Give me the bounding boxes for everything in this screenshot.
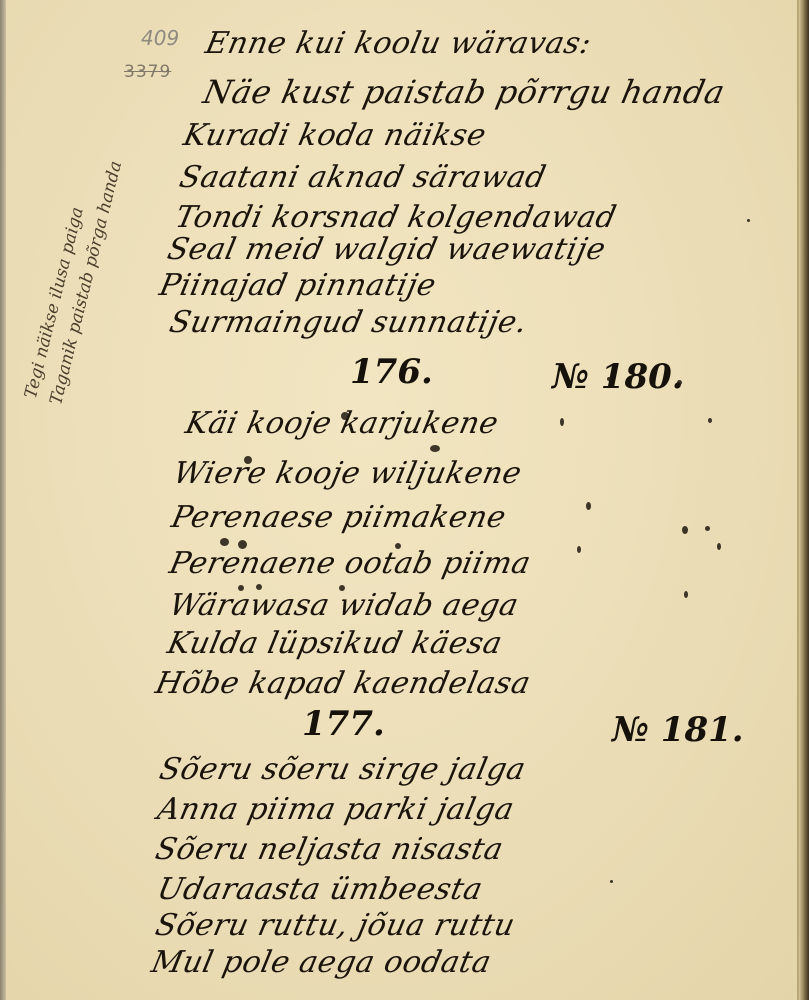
poem-line: Kuradi koda näikse [180,118,489,153]
ink-blot [705,526,710,531]
page-left-edge [0,0,6,1000]
ink-blot [238,540,247,549]
ink-blot [607,377,611,381]
ink-blot [238,585,244,591]
poem-line: Udaraasta ümbeesta [154,872,486,907]
poem-line: Surmaingud sunnatije. [166,305,530,340]
ink-blot [677,380,682,385]
poem-line: Anna piima parki jalga [154,792,517,827]
poem-line: Käi kooje karjukene [182,406,501,441]
ink-blot [717,543,721,550]
ink-blot [256,584,262,590]
poem-line: Saatani aknad särawad [176,160,549,195]
ink-blot [586,502,591,510]
ink-blot [430,445,440,452]
poem-line: Sõeru ruttu, jõua ruttu [152,908,518,943]
poem-line: Kulda lüpsikud käesa [164,626,505,661]
page-right-edge [799,0,809,1000]
ink-blot [610,880,613,883]
ink-blot [395,543,401,549]
poem-line: Hõbe kapad kaendelasa [152,666,533,701]
archive-number-pencil: 409 [141,26,179,50]
ink-blot [747,219,750,222]
collection-number: № 181. [612,710,744,750]
manuscript-page: 409 3379 Tegi näikse ilusa paiga Taganik… [0,0,809,1000]
poem-line: Wärawasa widab aega [166,588,522,623]
ink-blot [341,412,349,420]
archive-number-crossed: 3379 [124,62,171,82]
poem-line: Enne kui koolu wäravas: [202,26,594,61]
ink-blot [339,585,345,591]
poem-number: 176. [350,352,433,392]
ink-blot [682,526,688,534]
poem-line: Sõeru neljasta nisasta [152,832,506,867]
poem-line: Näe kust paistab põrrgu handa [200,73,728,111]
ink-blot [577,546,581,553]
ink-blot [244,456,252,464]
poem-line: Tondi korsnad kolgendawad [172,200,619,235]
margin-note: Tegi näikse ilusa paiga Taganik paistab … [18,152,129,408]
ink-blot [220,538,229,546]
poem-line: Seal meid walgid waewatije [164,232,609,267]
poem-line: Wiere kooje wiljukene [170,456,525,491]
ink-blot [684,591,688,598]
poem-line: Perenaese piimakene [168,500,509,535]
poem-line: Perenaene ootab piima [166,546,534,581]
poem-line: Piinajad pinnatije [156,268,439,303]
ink-blot [560,418,564,426]
poem-number: 177. [302,704,385,744]
poem-line: Sõeru sõeru sirge jalga [156,752,529,787]
poem-line: Mul pole aega oodata [148,945,494,980]
ink-blot [708,418,712,423]
collection-number: № 180. [552,357,684,397]
